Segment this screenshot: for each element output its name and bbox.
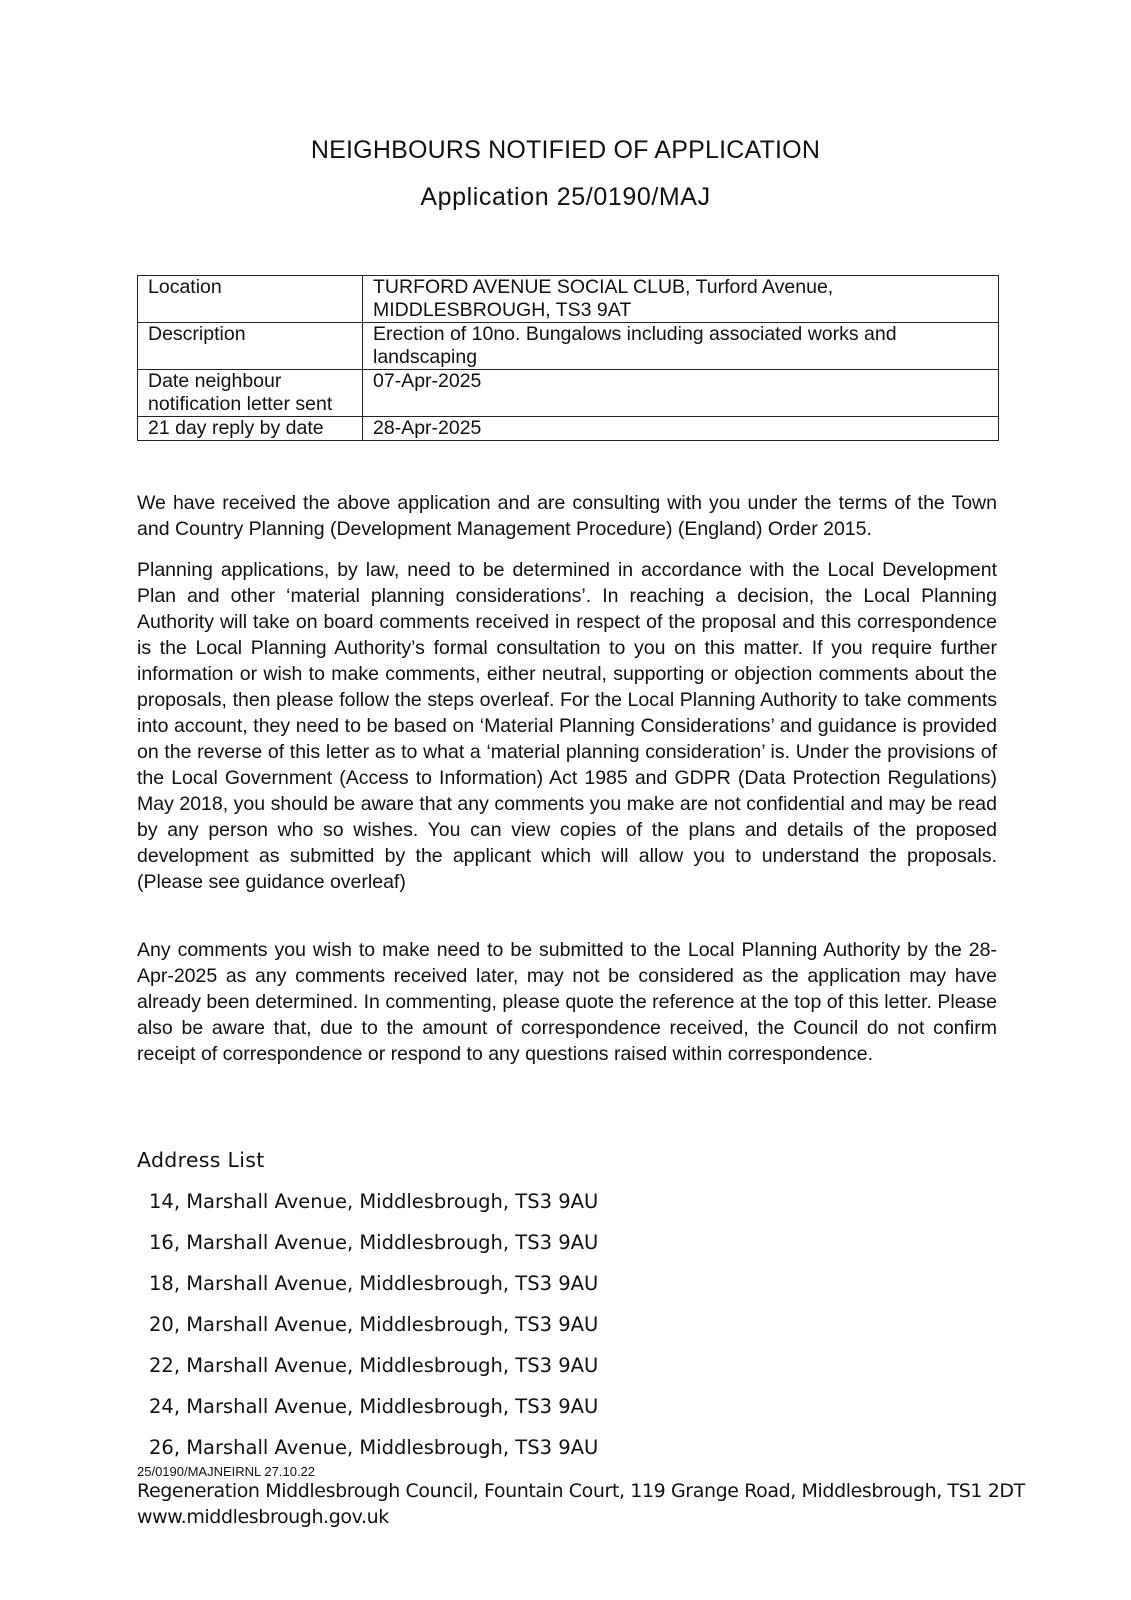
page-title: NEIGHBOURS NOTIFIED OF APPLICATION: [0, 136, 1131, 165]
location-label: Location: [138, 276, 363, 323]
list-item: 18, Marshall Avenue, Middlesbrough, TS3 …: [149, 1263, 598, 1304]
location-value: TURFORD AVENUE SOCIAL CLUB, Turford Aven…: [363, 276, 999, 323]
reply-by-date-label: 21 day reply by date: [138, 417, 363, 441]
table-row: Location TURFORD AVENUE SOCIAL CLUB, Tur…: [138, 276, 999, 323]
list-item: 20, Marshall Avenue, Middlesbrough, TS3 …: [149, 1304, 598, 1345]
council-address: Regeneration Middlesbrough Council, Foun…: [137, 1478, 1025, 1504]
footer-reference: 25/0190/MAJNEIRNL 27.10.22: [137, 1464, 315, 1479]
notification-date-value: 07-Apr-2025: [363, 370, 999, 417]
list-item: 24, Marshall Avenue, Middlesbrough, TS3 …: [149, 1386, 598, 1427]
list-item: 14, Marshall Avenue, Middlesbrough, TS3 …: [149, 1181, 598, 1222]
address-list-heading: Address List: [137, 1148, 265, 1172]
comments-deadline-paragraph: Any comments you wish to make need to be…: [137, 937, 997, 1067]
description-value: Erection of 10no. Bungalows including as…: [363, 323, 999, 370]
notification-date-label: Date neighbour notification letter sent: [138, 370, 363, 417]
table-row: 21 day reply by date 28-Apr-2025: [138, 417, 999, 441]
planning-guidance-paragraph: Planning applications, by law, need to b…: [137, 557, 997, 895]
footer-contact: Regeneration Middlesbrough Council, Foun…: [137, 1478, 1025, 1530]
application-details-table: Location TURFORD AVENUE SOCIAL CLUB, Tur…: [137, 275, 999, 441]
website-link[interactable]: www.middlesbrough.gov.uk: [137, 1504, 1025, 1530]
list-item: 16, Marshall Avenue, Middlesbrough, TS3 …: [149, 1222, 598, 1263]
consultation-paragraph: We have received the above application a…: [137, 490, 997, 542]
table-row: Date neighbour notification letter sent …: [138, 370, 999, 417]
application-reference: Application 25/0190/MAJ: [0, 183, 1131, 212]
address-list: 14, Marshall Avenue, Middlesbrough, TS3 …: [149, 1181, 598, 1468]
list-item: 26, Marshall Avenue, Middlesbrough, TS3 …: [149, 1427, 598, 1468]
letter-page: NEIGHBOURS NOTIFIED OF APPLICATION Appli…: [0, 0, 1131, 1600]
table-row: Description Erection of 10no. Bungalows …: [138, 323, 999, 370]
reply-by-date-value: 28-Apr-2025: [363, 417, 999, 441]
description-label: Description: [138, 323, 363, 370]
list-item: 22, Marshall Avenue, Middlesbrough, TS3 …: [149, 1345, 598, 1386]
